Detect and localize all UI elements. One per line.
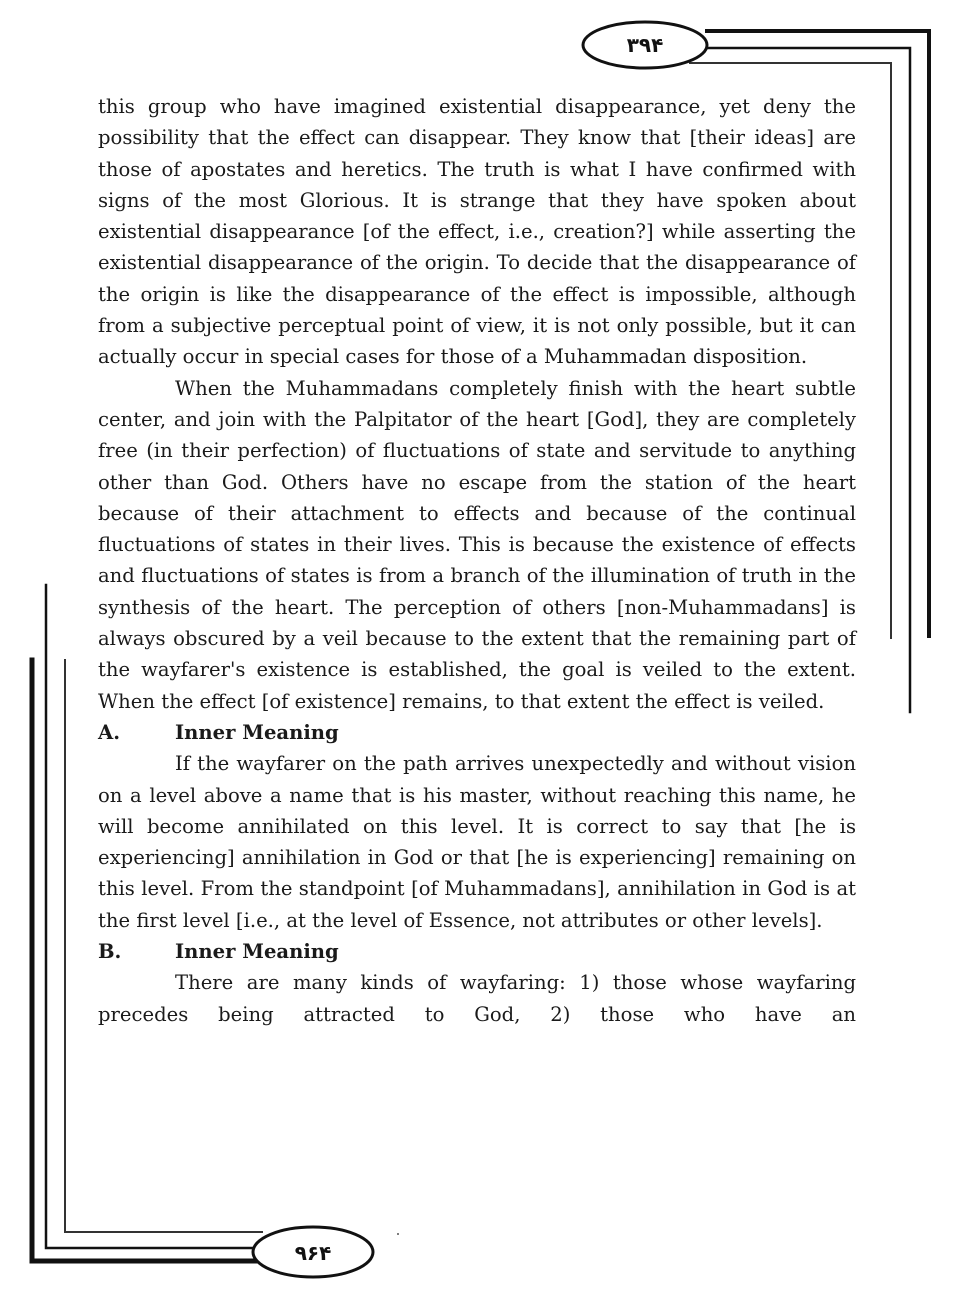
section-a-text: If the wayfarer on the path arrives unex… [98, 748, 856, 936]
paragraph-2: When the Muhammadans completely finish w… [98, 373, 856, 717]
section-a-letter: A. [98, 717, 175, 748]
section-b-letter: B. [98, 936, 175, 967]
section-b-text: There are many kinds of wayfaring: 1) th… [98, 967, 856, 1030]
bottom-page-number: ۹۶۴ [253, 1238, 373, 1268]
section-a-title: Inner Meaning [175, 717, 339, 748]
paragraph-1: this group who have imagined existential… [98, 91, 856, 373]
page-body: this group who have imagined existential… [98, 91, 856, 1030]
section-b-heading: B. Inner Meaning [98, 936, 856, 967]
section-b-title: Inner Meaning [175, 936, 339, 967]
section-a-heading: A. Inner Meaning [98, 717, 856, 748]
top-page-number: ۳۹۴ [583, 30, 707, 60]
